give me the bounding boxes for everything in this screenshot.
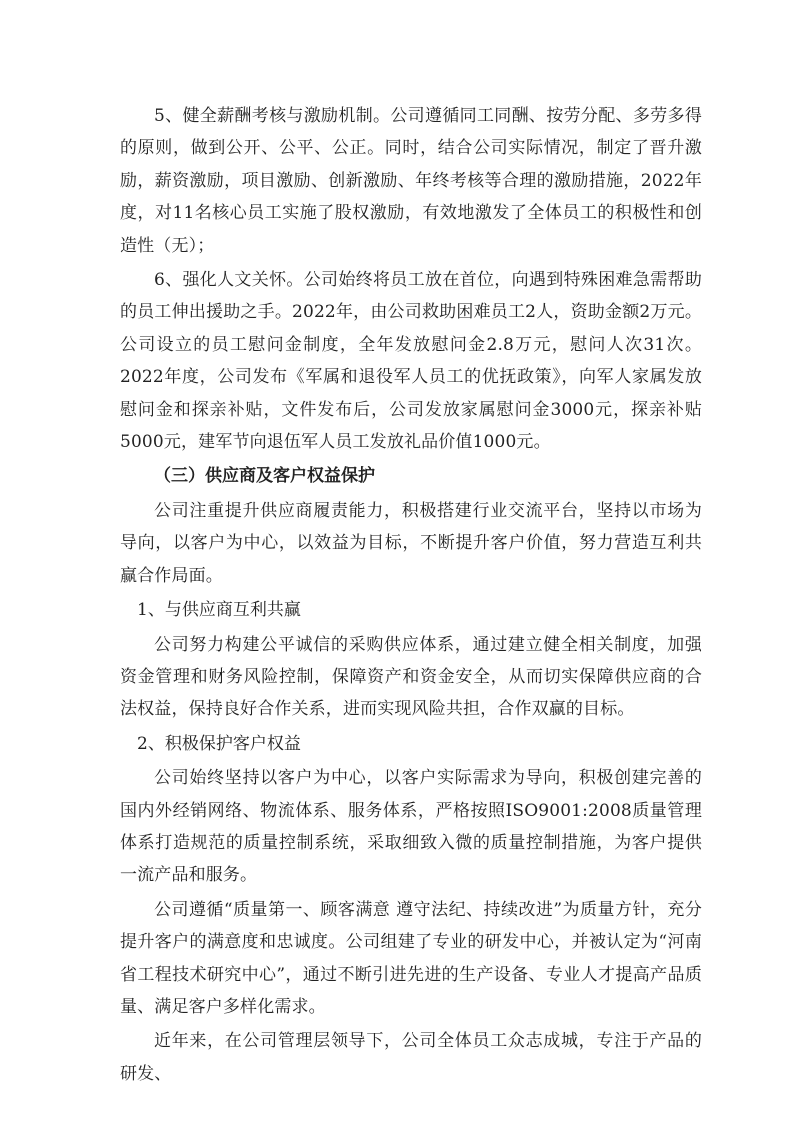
section-heading-supplier-customer-rights: （三）供应商及客户权益保护 [120, 460, 702, 492]
subheading-customer-rights: 2、积极保护客户权益 [120, 728, 702, 760]
subheading-supplier-win-win: 1、与供应商互利共赢 [120, 594, 702, 626]
paragraph-humanistic-care: 6、强化人文关怀。公司始终将员工放在首位，向遇到特殊困难急需帮助的员工伸出援助之… [120, 264, 702, 458]
paragraph-customer-centric: 公司始终坚持以客户为中心，以客户实际需求为导向，积极创建完善的国内外经销网络、物… [120, 762, 702, 892]
paragraph-supplier-intro: 公司注重提升供应商履责能力，积极搭建行业交流平台，坚持以市场为导向，以客户为中心… [120, 495, 702, 592]
document-page: 5、健全薪酬考核与激励机制。公司遵循同工同酬、按劳分配、多劳多得的原则，做到公开… [0, 0, 800, 1131]
paragraph-procurement-system: 公司努力构建公平诚信的采购供应体系，通过建立健全相关制度，加强资金管理和财务风险… [120, 629, 702, 726]
paragraph-recent-years: 近年来，在公司管理层领导下，公司全体员工众志成城，专注于产品的研发、 [120, 1025, 702, 1090]
document-body: 5、健全薪酬考核与激励机制。公司遵循同工同酬、按劳分配、多劳多得的原则，做到公开… [120, 100, 702, 1092]
paragraph-quality-policy: 公司遵循“质量第一、顾客满意 遵守法纪、持续改进”为质量方针，充分提升客户的满意… [120, 894, 702, 1024]
paragraph-compensation-incentives: 5、健全薪酬考核与激励机制。公司遵循同工同酬、按劳分配、多劳多得的原则，做到公开… [120, 100, 702, 262]
